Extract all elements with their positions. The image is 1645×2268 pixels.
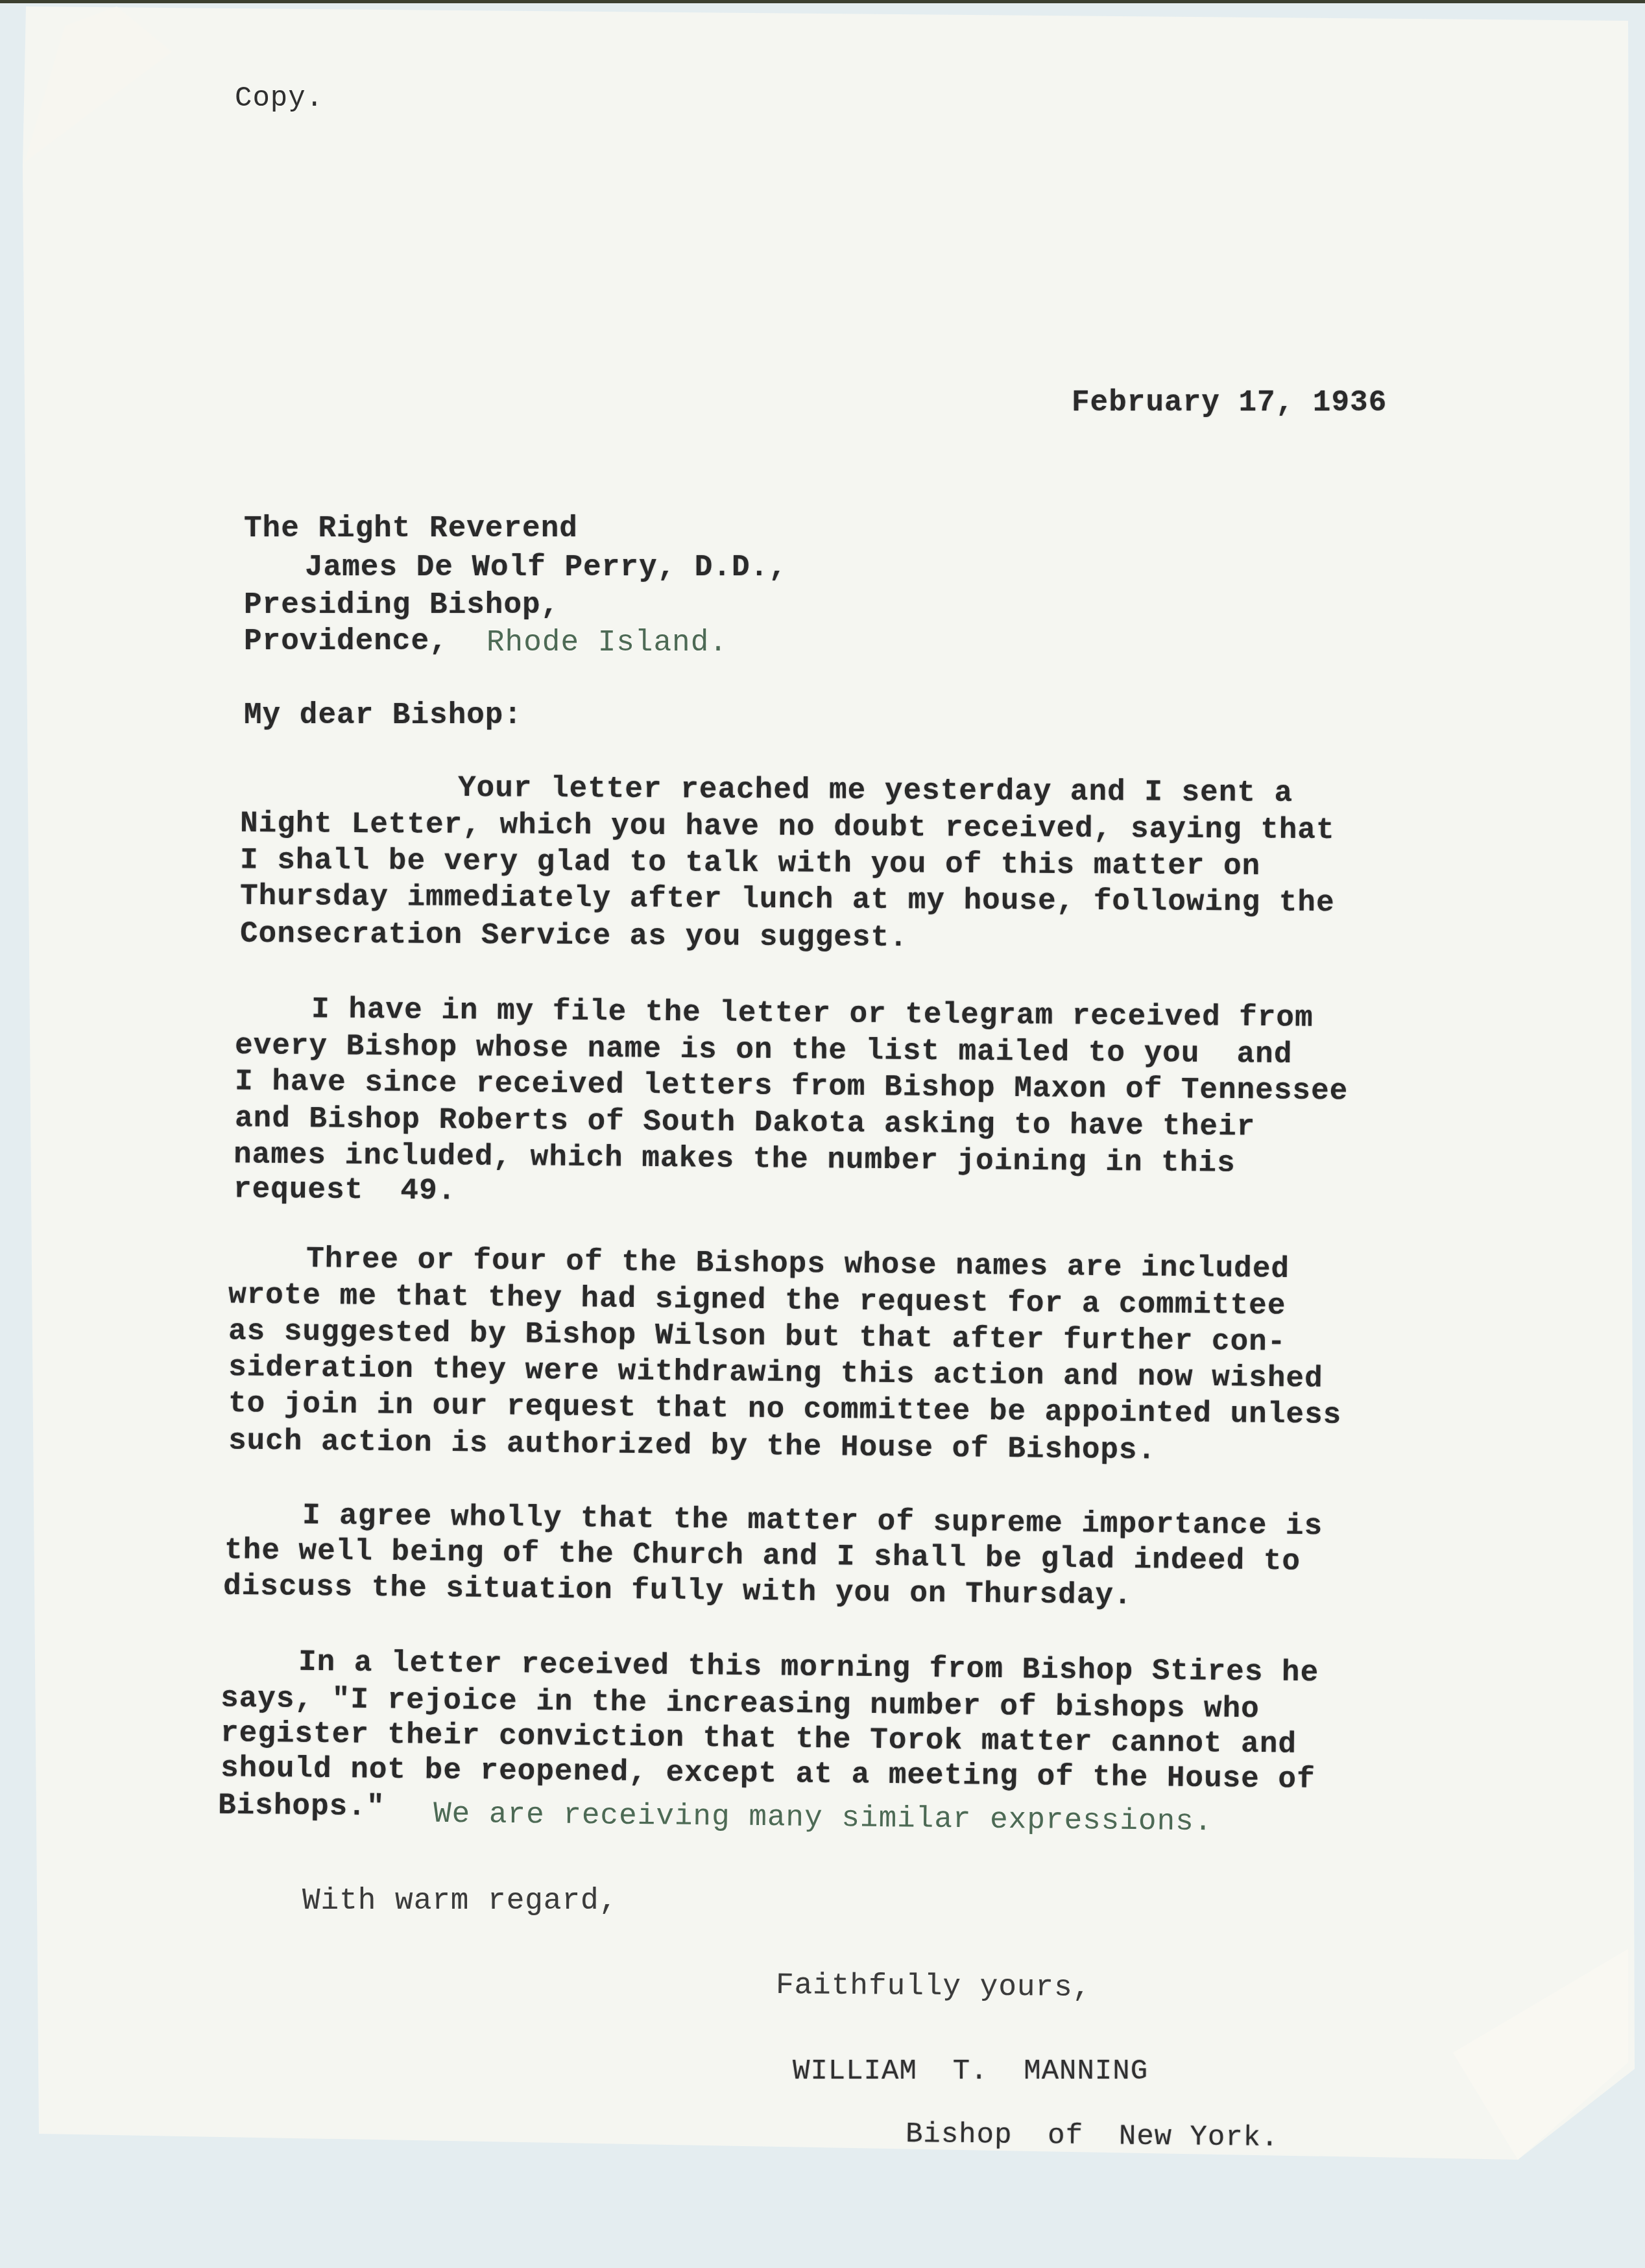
recipient-title: The Right Reverend: [244, 514, 578, 543]
appended-note: We are receiving many similar expression…: [433, 1799, 1213, 1837]
paragraph-line: Bishops.": [218, 1791, 385, 1822]
recipient-state: Rhode Island.: [486, 628, 728, 658]
paragraph-line: Night Letter, which you have no doubt re…: [240, 809, 1335, 845]
paragraph-line: Your letter reached me yesterday and I s…: [458, 773, 1293, 808]
paragraph-line: I shall be very glad to talk with you of…: [240, 845, 1261, 881]
scan-top-edge: [0, 0, 1645, 3]
copy-mark: Copy.: [235, 84, 324, 113]
recipient-name: James De Wolf Perry, D.D.,: [305, 553, 787, 582]
paragraph-line: request 49.: [234, 1175, 457, 1206]
salutation: My dear Bishop:: [244, 700, 522, 730]
valediction: Faithfully yours,: [776, 1970, 1092, 2003]
closing: With warm regard,: [302, 1886, 618, 1916]
paragraph-line: Consecration Service as you suggest.: [240, 919, 908, 953]
signature-name: WILLIAM T. MANNING: [793, 2057, 1148, 2086]
recipient-city: Providence,: [244, 627, 448, 656]
paragraph-line: and Bishop Roberts of South Dakota askin…: [235, 1103, 1256, 1142]
paragraph-line: I have in my file the letter or telegram…: [311, 994, 1314, 1033]
signature-title: Bishop of New York.: [906, 2120, 1279, 2153]
letter-date: February 17, 1936: [1072, 388, 1387, 418]
paragraph-line: names included, which makes the number j…: [234, 1140, 1236, 1178]
paragraph-line: Thursday immediately after lunch at my h…: [240, 881, 1335, 918]
recipient-position: Presiding Bishop,: [244, 590, 559, 620]
